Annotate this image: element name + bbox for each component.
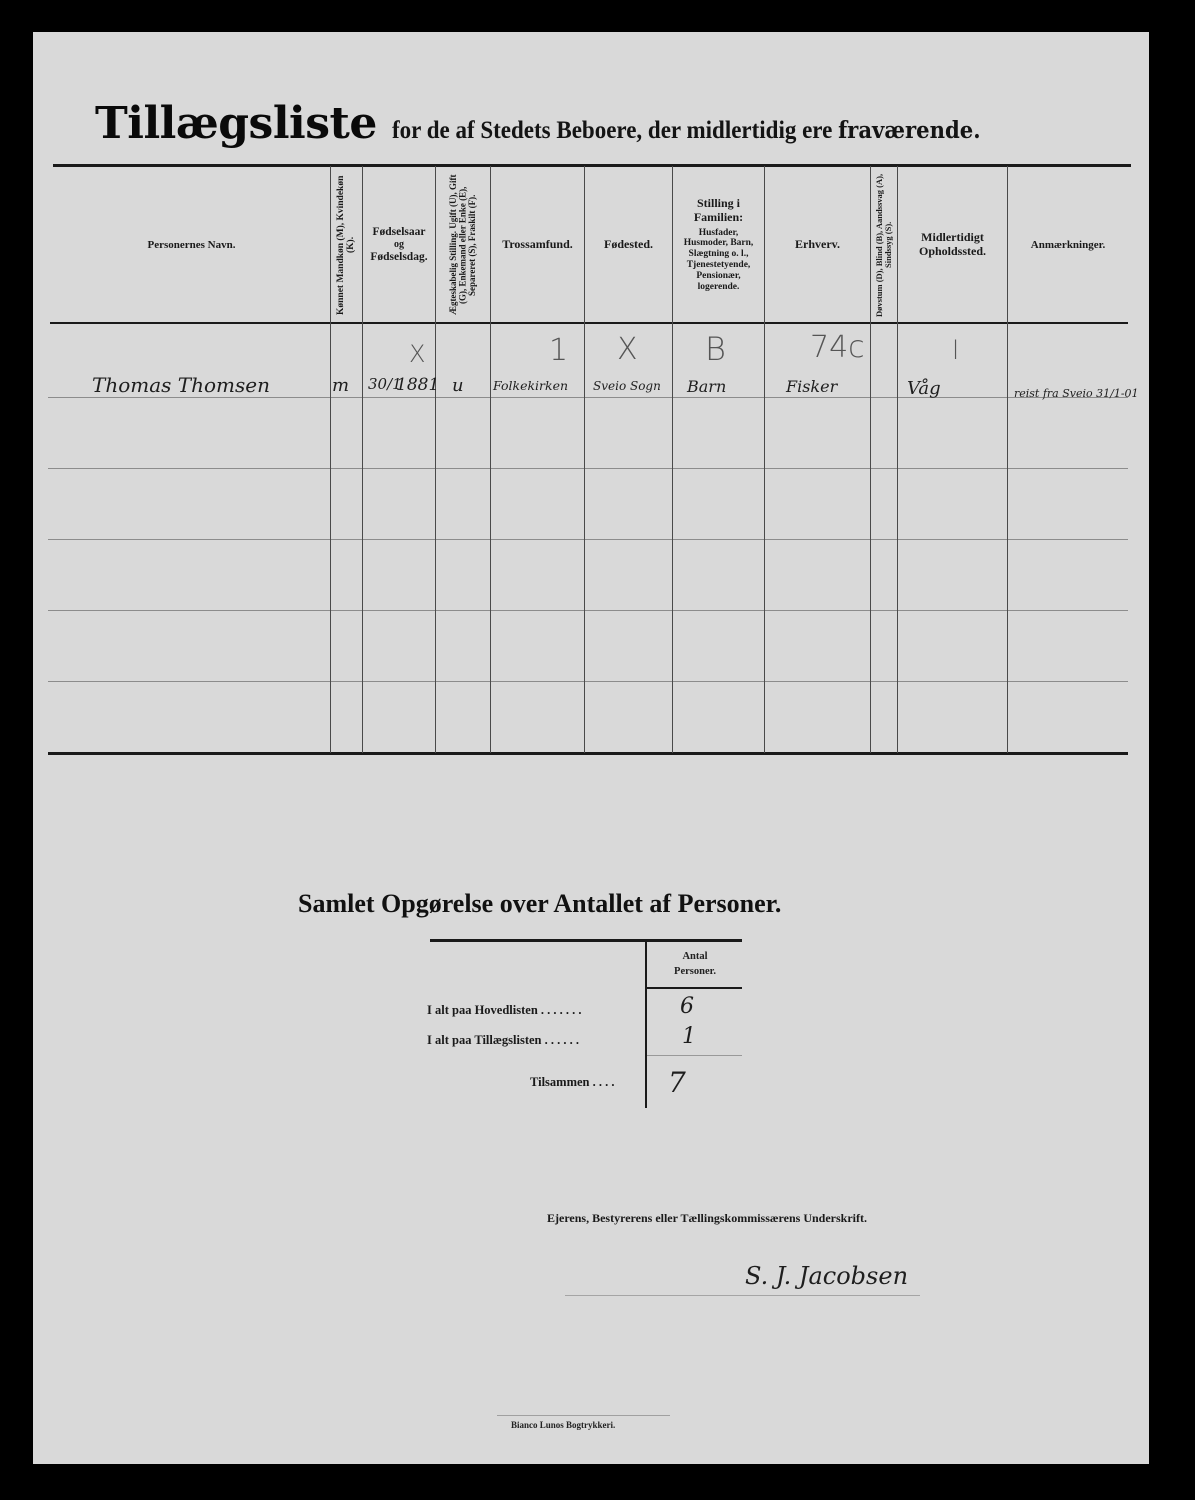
entry-marital: u: [452, 375, 464, 396]
entry-birth-year: 1881: [396, 375, 439, 395]
column-header-sex: Kønnet Mandkøn (M), Kvindekøn (K).: [331, 168, 362, 322]
entry-name: Thomas Thomsen: [92, 373, 270, 397]
summary-top-rule: [430, 939, 742, 942]
entry-religion-mark: 1: [549, 333, 568, 368]
column-header-occupation-label: Erhverv.: [795, 238, 840, 252]
summary-column-header-line2: Personer.: [648, 964, 742, 979]
summary-column-header-line1: Antal: [648, 949, 742, 964]
column-header-name: Personernes Navn.: [53, 168, 330, 322]
row-divider: [48, 468, 1128, 469]
column-header-birth: Fødselsaar og Fødselsdag.: [363, 168, 435, 322]
column-header-family-position-title: Stilling i Familien:: [684, 197, 754, 225]
summary-label-hovedlisten: I alt paa Hovedlisten . . . . . . .: [427, 1003, 582, 1018]
row-divider: [48, 539, 1128, 540]
column-header-temp-residence-label: Midlertidigt Opholdssted.: [908, 231, 998, 259]
summary-value-hovedlisten: 6: [680, 994, 694, 1019]
column-header-sex-label: Kønnet Mandkøn (M), Kvindekøn (K).: [337, 168, 357, 322]
column-header-disability: Døvstum (D), Blind (B), Aandssvag (A), S…: [871, 168, 897, 322]
column-header-birth-line2: og: [394, 239, 404, 251]
signature-value: S. J. Jacobsen: [745, 1262, 908, 1290]
column-header-family-position: Stilling i Familien: Husfader, Husmoder,…: [673, 168, 764, 322]
entry-temp-residence-mark: l: [952, 336, 959, 366]
column-header-disability-label: Døvstum (D), Blind (B), Aandssvag (A), S…: [875, 171, 893, 319]
entry-family-position: Barn: [687, 377, 726, 396]
summary-title: Samlet Opgørelse over Antallet af Person…: [298, 889, 781, 919]
entry-birthplace: Sveio Sogn: [593, 379, 661, 393]
summary-vertical-rule: [645, 941, 647, 1108]
column-header-religion: Trossamfund.: [491, 168, 584, 322]
form-title-subtitle-text: for de af Stedets Beboere, der midlertid…: [392, 117, 832, 144]
entry-family-mark: B: [705, 330, 726, 368]
column-header-temp-residence: Midlertidigt Opholdssted.: [898, 168, 1007, 322]
summary-value-tillaegslisten: 1: [682, 1024, 696, 1049]
entry-temp-residence: Våg: [907, 378, 941, 399]
signature-line: [565, 1295, 920, 1296]
summary-label-total: Tilsammen . . . .: [530, 1075, 615, 1090]
summary-subtotal-rule: [647, 1055, 742, 1056]
row-divider: [48, 610, 1128, 611]
footer-rule: [497, 1415, 670, 1416]
entry-birthplace-mark: X: [617, 332, 638, 367]
row-divider: [48, 681, 1128, 682]
entry-religion: Folkekirken: [493, 378, 568, 393]
summary-column-header: Antal Personer.: [648, 949, 742, 979]
signature-label: Ejerens, Bestyrerens eller Tællingskommi…: [547, 1211, 867, 1226]
summary-header-rule: [647, 987, 742, 989]
column-header-remarks: Anmærkninger.: [1008, 168, 1128, 322]
entry-remarks: reist fra Sveio 31/1-01: [1014, 387, 1139, 400]
column-header-family-position-detail: Husfader, Husmoder, Barn, Slægtning o. l…: [677, 228, 761, 294]
entry-occupation-code: 74c: [810, 330, 865, 365]
table-bottom-rule: [48, 752, 1128, 755]
column-header-remarks-label: Anmærkninger.: [1031, 239, 1105, 252]
row-divider: [48, 397, 1128, 398]
column-header-occupation: Erhverv.: [765, 168, 870, 322]
summary-label-tillaegslisten: I alt paa Tillægslisten . . . . . .: [427, 1033, 579, 1048]
column-header-birthplace-label: Fødested.: [604, 238, 653, 252]
form-title-emphasis: fraværende.: [838, 117, 981, 144]
entry-birth-mark: X: [409, 340, 425, 368]
column-header-marital-label: Ægteskabelig Stilling. Ugift (U), Gift (…: [449, 171, 477, 319]
column-header-birthplace: Fødested.: [585, 168, 672, 322]
column-header-birth-line1: Fødselsaar: [372, 226, 425, 239]
column-header-name-label: Personernes Navn.: [148, 239, 236, 252]
column-header-marital: Ægteskabelig Stilling. Ugift (U), Gift (…: [436, 168, 490, 322]
form-title: Tillægsliste for de af Stedets Beboere, …: [95, 98, 1032, 149]
column-header-birth-line3: Fødselsdag.: [370, 251, 427, 264]
table-header-bottom-rule: [50, 322, 1128, 324]
entry-occupation: Fisker: [786, 377, 837, 396]
summary-value-total: 7: [668, 1066, 686, 1099]
printer-imprint: Bianco Lunos Bogtrykkeri.: [511, 1420, 615, 1430]
table-top-rule: [53, 164, 1131, 167]
form-title-main: Tillægsliste: [95, 98, 377, 149]
entry-sex: m: [332, 375, 349, 396]
form-title-subtitle: for de af Stedets Beboere, der midlertid…: [392, 117, 981, 145]
column-header-religion-label: Trossamfund.: [502, 238, 573, 252]
